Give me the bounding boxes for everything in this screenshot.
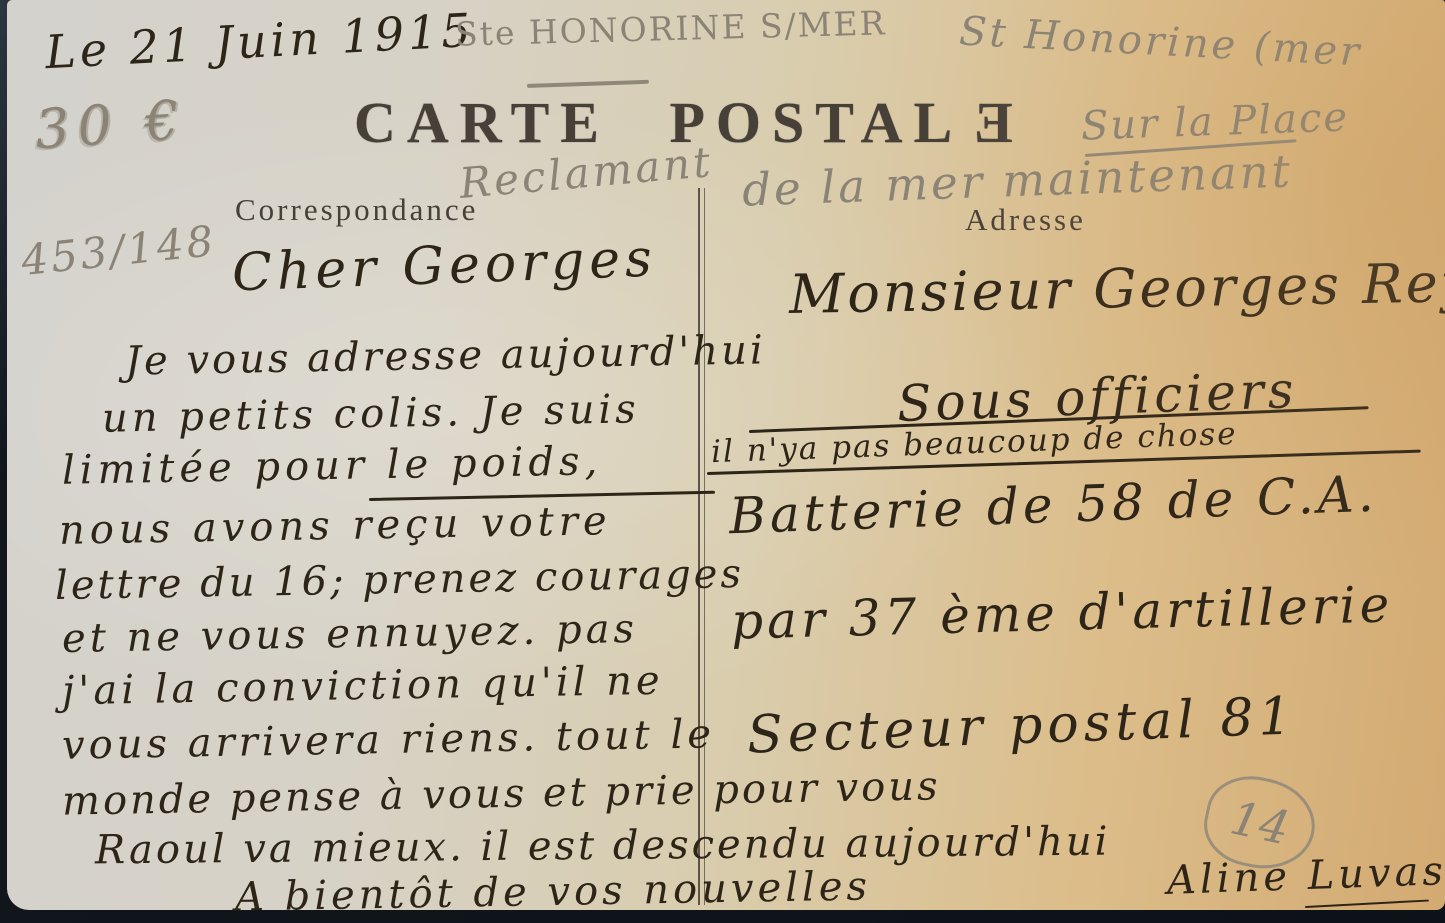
signature: Aline Luvas [1166, 851, 1445, 901]
message-salutation: Cher Georges [231, 233, 657, 300]
message-line: j'ai la conviction qu'il ne [62, 661, 664, 711]
circled-number-value: 14 [1226, 791, 1294, 856]
pencil-place-sur: Sur la Place [1080, 97, 1349, 146]
pencil-dash-stroke [527, 80, 649, 88]
pencil-place-script: St Honorine (mer [958, 11, 1363, 72]
message-line: nous avons reçu votre [59, 501, 612, 551]
message-line: un petits colis. Je suis [102, 389, 640, 438]
pencil-ref-number: 453/148 [19, 220, 218, 282]
address-recipient: Monsieur Georges Rey [789, 256, 1445, 322]
signature-flourish-stroke [1305, 900, 1429, 908]
address-unit: Batterie de 58 de C.A. [728, 469, 1378, 542]
message-line: Raoul va mieux. il est descendu aujourd'… [95, 822, 1111, 871]
message-line: monde pense à vous et prie pour vous [62, 766, 941, 821]
message-line: A bientôt de vos nouvelles [235, 866, 872, 917]
pencil-price-scribble: 30 € [33, 93, 189, 157]
message-line: Je vous adresse aujourd'hui [125, 330, 766, 381]
address-label: Adresse [965, 204, 1086, 235]
postcard-back: CARTE POSTALE Correspondance Adresse Le … [7, 0, 1445, 910]
message-line: lettre du 16; prenez courages [55, 554, 745, 606]
pencil-place-caps: Ste HONORINE S/MER [455, 6, 887, 50]
date-ink: Le 21 Juin 1915 [44, 7, 475, 75]
postcard-photo: CARTE POSTALE Correspondance Adresse Le … [0, 0, 1445, 923]
correspondence-label: Correspondance [235, 194, 478, 225]
address-regiment: par 37 ème d'artillerie [730, 579, 1393, 646]
message-line: vous arrivera riens. tout le [62, 714, 716, 765]
card-title-mirrored-e: E [963, 94, 1013, 152]
pencil-place-maintenant: de la mer maintenant [741, 148, 1293, 212]
message-line: et ne vous ennuyez. pas [62, 609, 639, 659]
address-sector: Secteur postal 81 [746, 690, 1297, 761]
message-line: limitée pour le poids, [62, 441, 603, 490]
